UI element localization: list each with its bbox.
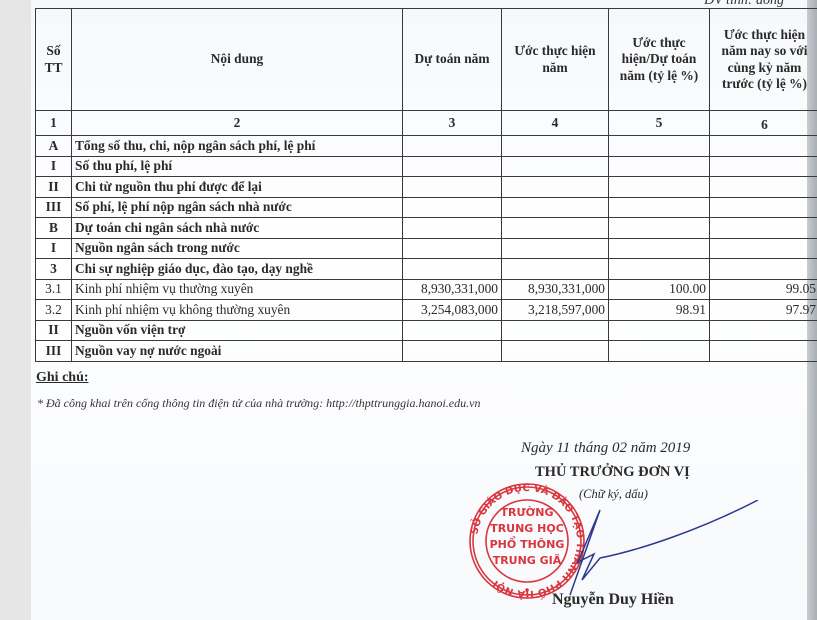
row-content: Nguồn vốn viện trợ	[72, 320, 403, 341]
header-ty-le-cung-ky: Ước thực hiện năm nay so với cùng kỳ năm…	[710, 9, 817, 111]
table-row: IIINguồn vay nợ nước ngoài	[36, 341, 817, 362]
row-ty-le-cung-ky	[710, 341, 817, 362]
row-du-toan	[403, 259, 502, 280]
column-number: 3	[403, 111, 502, 136]
header-du-toan: Dự toán năm	[403, 9, 502, 111]
row-uoc-thuc-hien	[502, 320, 609, 341]
row-uoc-thuc-hien	[502, 197, 609, 218]
row-content: Số thu phí, lệ phí	[72, 156, 403, 177]
column-number: 5	[609, 111, 710, 136]
signer-name: Nguyễn Duy Hiền	[552, 591, 674, 609]
row-stt: A	[36, 136, 72, 157]
table-row: IIChi từ nguồn thu phí được để lại	[36, 177, 817, 198]
table-row: ATổng số thu, chi, nộp ngân sách phí, lệ…	[36, 136, 817, 157]
budget-table: Số TT Nội dung Dự toán năm Ước thực hiện…	[35, 8, 817, 362]
table-row: 3.1Kinh phí nhiệm vụ thường xuyên8,930,3…	[36, 279, 817, 300]
row-ty-le-cung-ky	[710, 177, 817, 198]
row-content: Chi từ nguồn thu phí được để lại	[72, 177, 403, 198]
row-ty-le-cung-ky	[710, 197, 817, 218]
row-ty-le-cung-ky	[710, 320, 817, 341]
row-du-toan	[403, 136, 502, 157]
header-ty-le-du-toan: Ước thực hiện/Dự toán năm (tỷ lệ %)	[609, 9, 710, 111]
row-uoc-thuc-hien	[502, 259, 609, 280]
table-row: BDự toán chi ngân sách nhà nước	[36, 218, 817, 239]
column-number: 1	[36, 111, 72, 136]
svg-text:PHỔ THÔNG: PHỔ THÔNG	[490, 536, 565, 551]
row-stt: I	[36, 238, 72, 259]
row-du-toan	[403, 218, 502, 239]
notes-title: Ghi chú:	[36, 370, 89, 386]
row-uoc-thuc-hien: 3,218,597,000	[502, 300, 609, 321]
row-ty-le-cung-ky	[710, 136, 817, 157]
table-row: INguồn ngân sách trong nước	[36, 238, 817, 259]
row-du-toan: 3,254,083,000	[403, 300, 502, 321]
row-ty-le-du-toan	[609, 259, 710, 280]
header-content: Nội dung	[72, 9, 403, 111]
header-stt: Số TT	[36, 9, 72, 111]
row-content: Kinh phí nhiệm vụ thường xuyên	[72, 279, 403, 300]
row-du-toan: 8,930,331,000	[403, 279, 502, 300]
row-uoc-thuc-hien	[502, 136, 609, 157]
row-content: Nguồn ngân sách trong nước	[72, 238, 403, 259]
row-content: Chi sự nghiệp giáo dục, đào tạo, dạy ngh…	[72, 259, 403, 280]
row-du-toan	[403, 197, 502, 218]
row-stt: III	[36, 197, 72, 218]
signature-icon	[560, 500, 760, 600]
row-du-toan	[403, 177, 502, 198]
row-stt: 3	[36, 259, 72, 280]
svg-text:TRUNG GIÃ: TRUNG GIÃ	[493, 554, 562, 567]
row-du-toan	[403, 341, 502, 362]
row-ty-le-cung-ky	[710, 259, 817, 280]
row-du-toan	[403, 320, 502, 341]
row-uoc-thuc-hien: 8,930,331,000	[502, 279, 609, 300]
row-ty-le-cung-ky	[710, 218, 817, 239]
row-ty-le-cung-ky	[710, 156, 817, 177]
row-ty-le-du-toan	[609, 197, 710, 218]
row-stt: 3.1	[36, 279, 72, 300]
table-row: 3.2Kinh phí nhiệm vụ không thường xuyên3…	[36, 300, 817, 321]
signature-date: Ngày 11 tháng 02 năm 2019	[521, 440, 690, 457]
svg-text:TRUNG HỌC: TRUNG HỌC	[490, 522, 564, 535]
row-uoc-thuc-hien	[502, 218, 609, 239]
row-content: Dự toán chi ngân sách nhà nước	[72, 218, 403, 239]
row-content: Tổng số thu, chi, nộp ngân sách phí, lệ …	[72, 136, 403, 157]
row-ty-le-du-toan: 100.00	[609, 279, 710, 300]
table-row: ISố thu phí, lệ phí	[36, 156, 817, 177]
row-stt: 3.2	[36, 300, 72, 321]
column-number: 6	[710, 111, 817, 136]
column-number: 2	[72, 111, 403, 136]
row-ty-le-du-toan	[609, 341, 710, 362]
row-stt: I	[36, 156, 72, 177]
row-stt: II	[36, 320, 72, 341]
table-row: 3Chi sự nghiệp giáo dục, đào tạo, dạy ng…	[36, 259, 817, 280]
row-ty-le-du-toan: 98.91	[609, 300, 710, 321]
row-ty-le-du-toan	[609, 136, 710, 157]
row-ty-le-cung-ky	[710, 238, 817, 259]
row-ty-le-du-toan	[609, 218, 710, 239]
svg-text:TRƯỜNG: TRƯỜNG	[500, 506, 553, 519]
row-ty-le-cung-ky: 99.05	[710, 279, 817, 300]
header-uoc-thuc-hien: Ước thực hiện năm	[502, 9, 609, 111]
row-stt: III	[36, 341, 72, 362]
row-ty-le-du-toan	[609, 177, 710, 198]
row-uoc-thuc-hien	[502, 238, 609, 259]
notes-line: * Đã công khai trên cổng thông tin điện …	[37, 396, 480, 411]
row-ty-le-du-toan	[609, 320, 710, 341]
row-ty-le-du-toan	[609, 238, 710, 259]
row-du-toan	[403, 156, 502, 177]
table-row: IINguồn vốn viện trợ	[36, 320, 817, 341]
row-stt: II	[36, 177, 72, 198]
signature-title: THỦ TRƯỞNG ĐƠN VỊ	[535, 464, 690, 481]
row-ty-le-cung-ky: 97.97	[710, 300, 817, 321]
row-content: Số phí, lệ phí nộp ngân sách nhà nước	[72, 197, 403, 218]
column-number: 4	[502, 111, 609, 136]
row-uoc-thuc-hien	[502, 341, 609, 362]
row-stt: B	[36, 218, 72, 239]
row-uoc-thuc-hien	[502, 156, 609, 177]
column-number-row: 1 2 3 4 5 6	[36, 111, 817, 136]
row-du-toan	[403, 238, 502, 259]
row-ty-le-du-toan	[609, 156, 710, 177]
row-content: Nguồn vay nợ nước ngoài	[72, 341, 403, 362]
table-row: IIISố phí, lệ phí nộp ngân sách nhà nước	[36, 197, 817, 218]
row-uoc-thuc-hien	[502, 177, 609, 198]
row-content: Kinh phí nhiệm vụ không thường xuyên	[72, 300, 403, 321]
table-header-row: Số TT Nội dung Dự toán năm Ước thực hiện…	[36, 9, 817, 111]
